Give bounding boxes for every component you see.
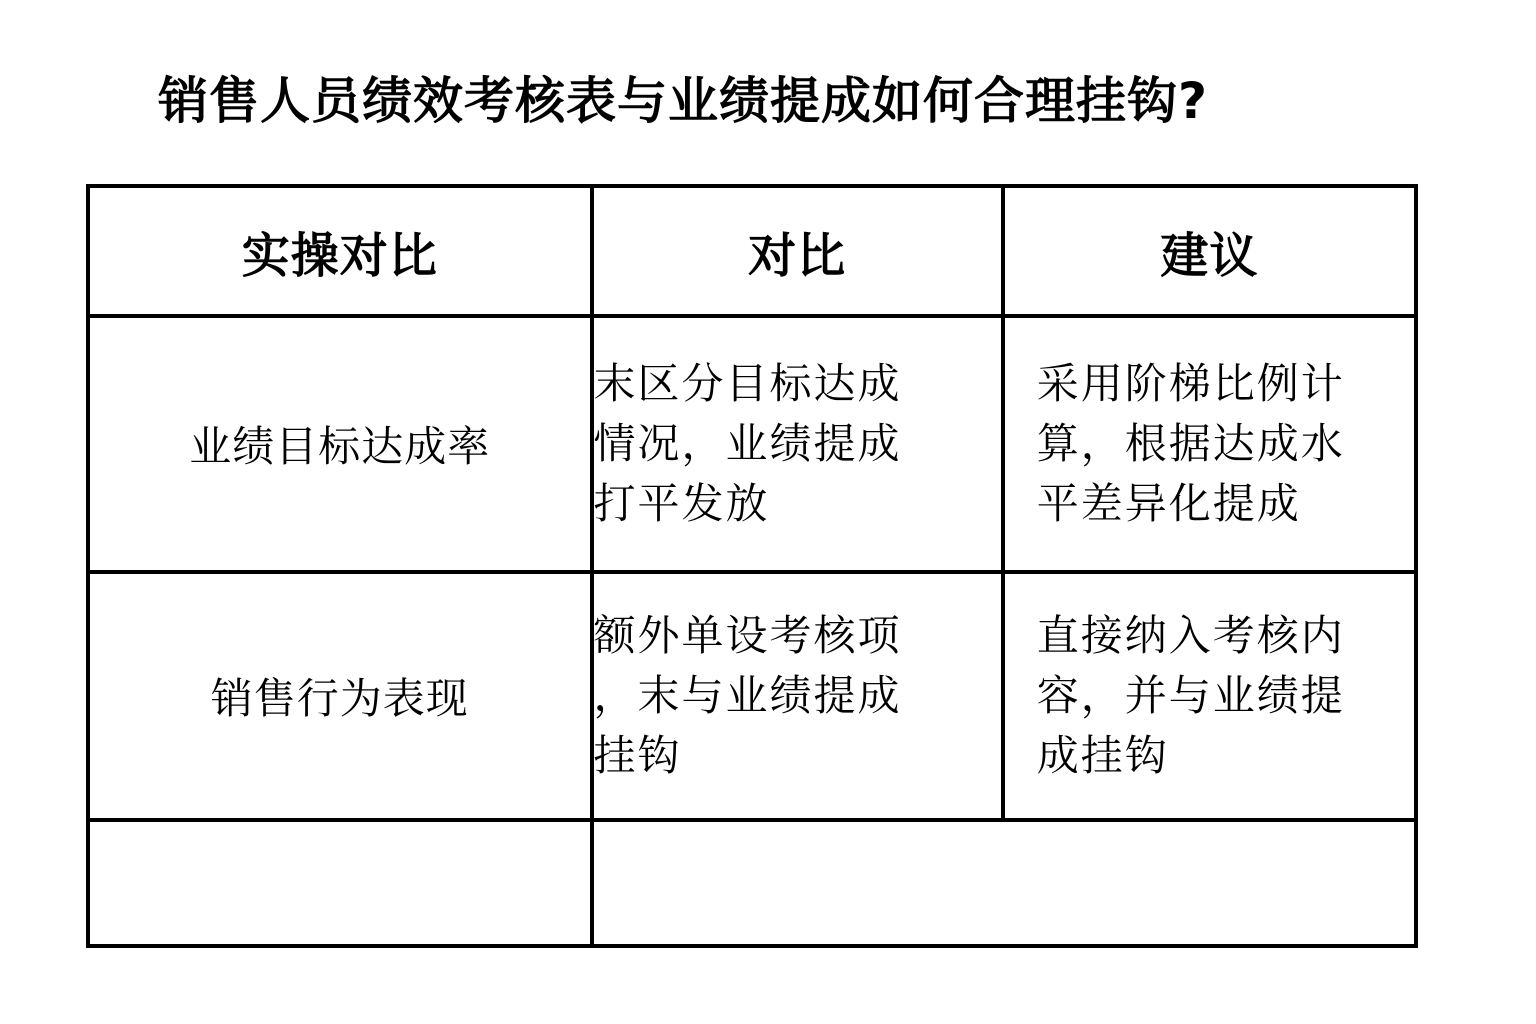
- cell-text-line: 算，根据达成水: [1037, 414, 1414, 474]
- table-row: 业绩目标达成率 末区分目标达成 情况，业绩提成 打平发放 采用阶梯比例计 算，根…: [88, 316, 1416, 572]
- table-header-row: 实操对比 对比 建议: [88, 186, 1416, 316]
- comparison-table: 实操对比 对比 建议 业绩目标达成率 末区分目标达成 情况，业绩提成 打平发放 …: [86, 184, 1418, 948]
- header-practice-comparison: 实操对比: [88, 186, 592, 316]
- suggestion-cell: 直接纳入考核内 容，并与业绩提 成挂钩: [1003, 572, 1416, 820]
- cell-text-line: 挂钩: [594, 726, 1001, 786]
- cell-text-line: 额外单设考核项: [594, 606, 1001, 666]
- row-label: 业绩目标达成率: [88, 316, 592, 572]
- cell-text-line: 情况，业绩提成: [594, 414, 1001, 474]
- cell-text-line: 采用阶梯比例计: [1037, 354, 1414, 414]
- comparison-cell: 末区分目标达成 情况，业绩提成 打平发放: [592, 316, 1003, 572]
- cell-text-line: 直接纳入考核内: [1037, 606, 1414, 666]
- row-label: 销售行为表现: [88, 572, 592, 820]
- suggestion-cell: 采用阶梯比例计 算，根据达成水 平差异化提成: [1003, 316, 1416, 572]
- page-title: 销售人员绩效考核表与业绩提成如何合理挂钩?: [158, 68, 1208, 134]
- table-row-empty: [88, 820, 1416, 946]
- cell-text-line: 平差异化提成: [1037, 474, 1414, 534]
- cell-text-line: ，末与业绩提成: [594, 666, 1001, 726]
- comparison-cell: 额外单设考核项 ，末与业绩提成 挂钩: [592, 572, 1003, 820]
- empty-label-cell: [88, 820, 592, 946]
- table-row: 销售行为表现 额外单设考核项 ，末与业绩提成 挂钩 直接纳入考核内 容，并与业绩…: [88, 572, 1416, 820]
- empty-merged-cell: [592, 820, 1416, 946]
- header-suggestion: 建议: [1003, 186, 1416, 316]
- cell-text-line: 容，并与业绩提: [1037, 666, 1414, 726]
- header-comparison: 对比: [592, 186, 1003, 316]
- cell-text-line: 打平发放: [594, 474, 1001, 534]
- cell-text-line: 末区分目标达成: [594, 354, 1001, 414]
- cell-text-line: 成挂钩: [1037, 726, 1414, 786]
